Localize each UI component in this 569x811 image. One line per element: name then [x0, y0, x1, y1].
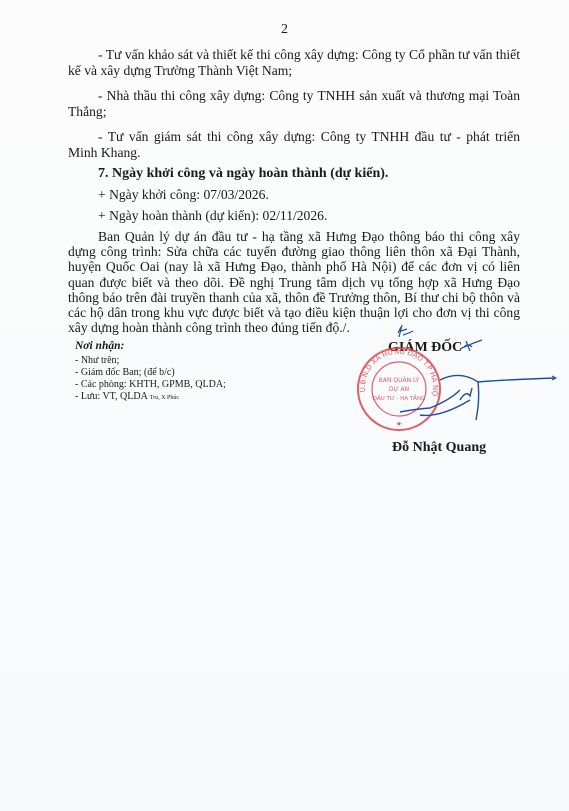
section-heading: 7. Ngày khởi công và ngày hoàn thành (dự… — [98, 166, 388, 182]
contractor-supervision: - Tư vấn giám sát thi công xây dựng: Côn… — [68, 129, 520, 161]
contractor-survey-design: - Tư vấn khảo sát và thiết kế thi công x… — [68, 47, 520, 79]
recipient-item: - Giám đốc Ban; (để b/c) — [75, 367, 226, 379]
notice-paragraph: Ban Quản lý dự án đầu tư - hạ tầng xã Hư… — [68, 229, 520, 335]
signer-name: Đỗ Nhật Quang — [392, 440, 486, 456]
start-date: + Ngày khởi công: 07/03/2026. — [98, 187, 269, 203]
recipients-title: Nơi nhận: — [75, 340, 226, 352]
recipient-item: - Như trên; — [75, 355, 226, 367]
recipient-item: - Các phòng: KHTH, GPMB, QLDA; — [75, 379, 226, 391]
initials-mark-icon — [395, 323, 415, 339]
archive-note: Tru, X Phúc — [150, 395, 179, 401]
document-page: 2 - Tư vấn khảo sát và thiết kế thi công… — [0, 0, 569, 811]
recipient-item: - Lưu: VT, QLDA Tru, X Phúc — [75, 391, 226, 404]
contractor-construction: - Nhà thầu thi công xây dựng: Công ty TN… — [68, 88, 520, 120]
page-number: 2 — [0, 22, 569, 38]
completion-date: + Ngày hoàn thành (dự kiến): 02/11/2026. — [98, 208, 327, 224]
recipients-block: Nơi nhận: - Như trên; - Giám đốc Ban; (đ… — [75, 340, 226, 404]
handwritten-signature-icon — [400, 360, 560, 430]
director-initials-icon — [458, 337, 484, 353]
